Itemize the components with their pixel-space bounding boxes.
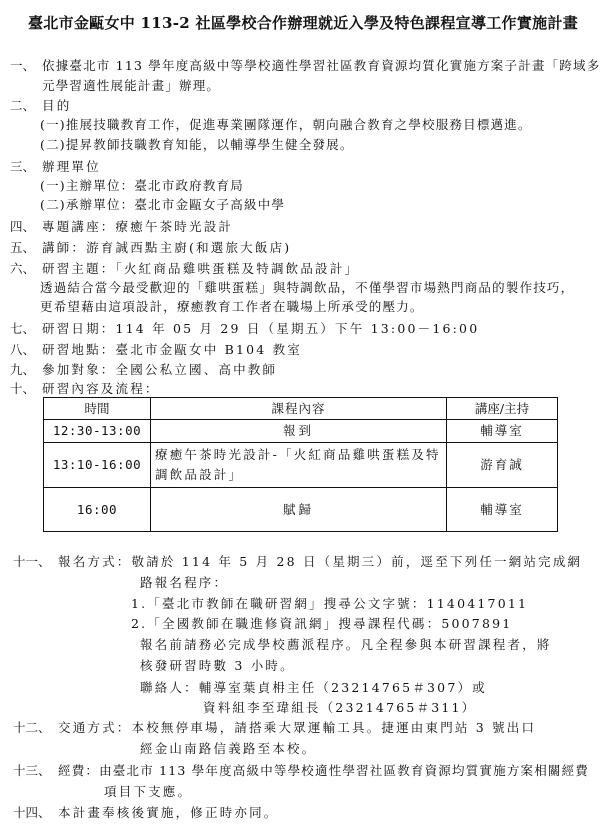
section-heading: 目的: [42, 98, 71, 114]
section-number: 二、: [10, 98, 35, 114]
section-number: 四、: [10, 219, 35, 235]
schedule-table: 時間 課程內容 講座/主持 12:30-13:00 報到 輔導室 13:10-1…: [43, 397, 558, 532]
contact-person: 聯絡人：輔導室葉貞枏主任（23214765＃307）或: [140, 680, 487, 696]
list-item: (二)提昇教師技職教育知能，以輔導學生健全發展。: [40, 137, 354, 153]
section-number: 十四、: [13, 805, 51, 821]
section-text: 參加對象：全國公私立國、高中教師: [42, 362, 277, 378]
section-number: 三、: [10, 159, 35, 175]
section-text: 交通方式：本校無停車場，請搭乘大眾運輸工具。捷運由東門站 3 號出口: [58, 720, 536, 736]
section-number: 六、: [10, 261, 35, 277]
list-item: (一)主辦單位：臺北市政府教育局: [40, 178, 244, 194]
section-text: 項目下支應。: [104, 784, 192, 800]
section-text: 研習主題：「火紅商品雞哄蛋糕及特調飲品設計」: [42, 261, 359, 277]
section-number: 五、: [10, 240, 35, 256]
section-text: 報名方式：敬請於 114 年 5 月 28 日（星期三）前，逕至下列任一網站完成…: [58, 554, 582, 570]
section-number: 九、: [10, 362, 35, 378]
column-header-content: 課程內容: [151, 398, 447, 420]
section-text: 依據臺北市 113 學年度高級中等學校適性學習社區教育資源均質化實施方案子計畫「…: [42, 58, 600, 74]
section-number: 八、: [10, 342, 35, 358]
column-header-host: 講座/主持: [447, 398, 558, 420]
section-number: 七、: [10, 321, 35, 337]
section-number: 十、: [10, 381, 35, 397]
table-row: 16:00 賦歸 輔導室: [44, 488, 558, 532]
cell-time: 12:30-13:00: [44, 420, 151, 443]
section-text: 研習地點：臺北市金甌女中 B104 教室: [42, 342, 302, 358]
contact-person: 資料組李至瑋組長（23214765＃311）: [203, 700, 476, 716]
cell-host: 游育誠: [447, 443, 558, 488]
section-text: 經費：由臺北市 113 學年度高級中等學校適性學習社區教育資源均質實施方案相關經…: [58, 763, 589, 779]
cell-time: 16:00: [44, 488, 151, 532]
document-title: 臺北市金甌女中 113-2 社區學校合作辦理就近入學及特色課程宣導工作實施計畫: [0, 13, 606, 33]
section-text: 研習內容及流程：: [42, 381, 160, 397]
section-text: 元學習適性展能計畫」辦理。: [42, 78, 220, 94]
registration-option: 2.「全國教師在職進修資訊網」搜尋課程代碼：5007891: [131, 616, 512, 632]
section-text: 經金山南路信義路至本校。: [140, 741, 316, 757]
column-header-time: 時間: [44, 398, 151, 420]
registration-note: 報名前請務必完成學校薦派程序。凡全程參與本研習課程者，將: [140, 637, 552, 653]
section-description: 更希望藉由這項設計，療癒教育工作者在職場上所承受的壓力。: [40, 299, 424, 315]
section-text: 講師：游育誠西點主廚(和選旅大飯店): [42, 240, 291, 256]
section-text: 路報名程序：: [140, 575, 228, 591]
section-number: 一、: [10, 58, 35, 74]
table-row: 13:10-16:00 療癒午茶時光設計-「火紅商品雞哄蛋糕及特調飲品設計」 游…: [44, 443, 558, 488]
cell-host: 輔導室: [447, 488, 558, 532]
cell-time: 13:10-16:00: [44, 443, 151, 488]
list-item: (二)承辦單位：臺北市金甌女子高級中學: [40, 197, 285, 213]
section-text: 研習日期：114 年 05 月 29 日（星期五）下午 13:00－16:00: [42, 321, 479, 337]
cell-content: 療癒午茶時光設計-「火紅商品雞哄蛋糕及特調飲品設計」: [151, 443, 447, 488]
list-item: (一)推展技職教育工作，促進專業團隊運作，朝向融合教育之學校服務目標邁進。: [40, 117, 532, 133]
section-number: 十三、: [13, 763, 51, 779]
cell-content: 賦歸: [151, 488, 447, 532]
registration-note: 核發研習時數 3 小時。: [140, 658, 295, 674]
cell-host: 輔導室: [447, 420, 558, 443]
cell-content: 報到: [151, 420, 447, 443]
registration-option: 1.「臺北市教師在職研習網」搜尋公文字號：1140417011: [131, 596, 528, 612]
table-row: 12:30-13:00 報到 輔導室: [44, 420, 558, 443]
table-header-row: 時間 課程內容 講座/主持: [44, 398, 558, 420]
section-text: 本計畫奉核後實施，修正時亦同。: [58, 805, 279, 821]
section-heading: 辦理單位: [42, 159, 101, 175]
section-description: 透過結合當今最受歡迎的「雞哄蛋糕」與特調飲品，不僅學習市場熱門商品的製作技巧，: [40, 280, 574, 296]
section-text: 專題講座：療癒午茶時光設計: [42, 219, 233, 235]
section-number: 十一、: [13, 554, 51, 570]
section-number: 十二、: [13, 720, 51, 736]
